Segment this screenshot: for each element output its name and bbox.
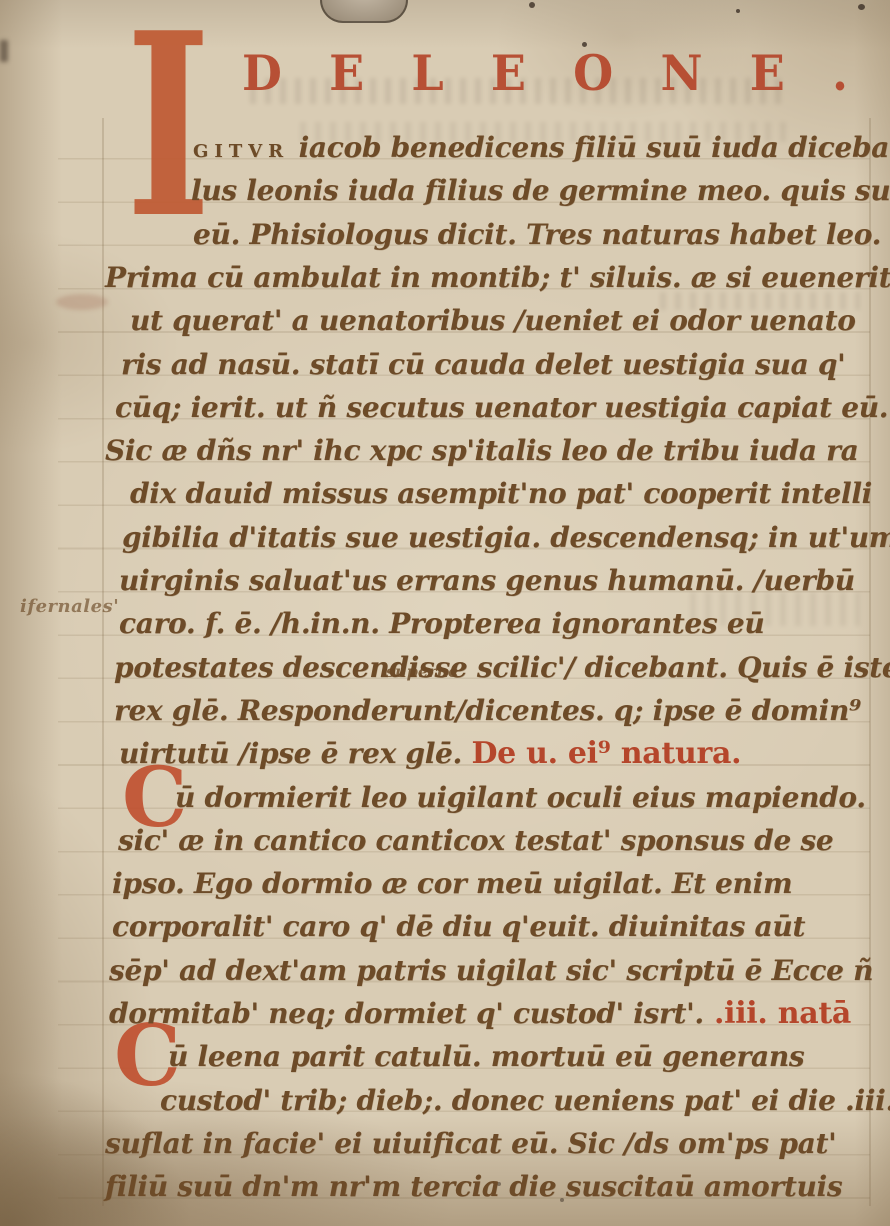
line-text: dix dauid missus asempit'no pat' cooperi… bbox=[130, 477, 872, 510]
text-line: ipso. Ego dormio æ cor meū uigilat. Et e… bbox=[112, 862, 792, 905]
text-line: ū dormierit leo uigilant oculi eius mapi… bbox=[175, 776, 866, 819]
title-letter: L bbox=[411, 49, 443, 97]
text-line: lus leonis iuda filius de germine meo. q… bbox=[191, 169, 890, 212]
title-letter: N bbox=[660, 49, 702, 97]
text-line: suflat in facie' ei uiuificat eū. Sic /d… bbox=[105, 1122, 836, 1165]
text-line: Prima cū ambulat in montib; t' siluis. æ… bbox=[105, 256, 890, 299]
rubric-text: .iii. natā bbox=[704, 996, 851, 1031]
text-line: cūq; ierit. ut ñ secutus uenator uestigi… bbox=[115, 386, 888, 429]
text-line: rex glē. Responderunt/dicentes. q; ipse … bbox=[114, 689, 861, 732]
title-letter: E bbox=[491, 49, 526, 97]
line-text: suflat in facie' ei uiuificat eū. Sic /d… bbox=[105, 1127, 836, 1160]
text-line: dix dauid missus asempit'no pat' cooperi… bbox=[130, 472, 872, 515]
text-line: ū leena parit catulū. mortuū eū generans bbox=[168, 1035, 804, 1078]
line-text: eū. Phisiologus dicit. Tres naturas habe… bbox=[193, 218, 881, 251]
text-line: gibilia d'itatis sue uestigia. descenden… bbox=[122, 516, 890, 559]
text-line: gitvr iacob benedicens filiū suū iuda di… bbox=[193, 126, 890, 170]
text-line: sic' æ in cantico canticox testat' spons… bbox=[118, 819, 833, 862]
drop-cap-initial-I: I bbox=[126, 40, 176, 255]
line-text: uirtutū /ipse ē rex glē. bbox=[119, 737, 471, 770]
line-text: custod' trib; dieb;. donec ueniens pat' … bbox=[160, 1084, 890, 1117]
line-text: Prima cū ambulat in montib; t' siluis. æ… bbox=[105, 261, 890, 294]
marginal-note: ifernales' bbox=[20, 596, 119, 617]
chapter-title-de-leone: DELEONE. bbox=[242, 50, 848, 96]
line-text: sic' æ in cantico canticox testat' spons… bbox=[118, 824, 833, 857]
line-text: ū leena parit catulū. mortuū eū generans bbox=[168, 1040, 804, 1073]
edge-mark bbox=[0, 40, 8, 62]
text-line: ris ad nasū. statī cū cauda delet uestig… bbox=[121, 343, 845, 386]
line-text: iacob benedicens filiū suū iuda dicebat.… bbox=[289, 131, 890, 164]
interlinear-gloss: superne bbox=[386, 662, 458, 681]
text-line: corporalit' caro q' dē diu q'euit. diuin… bbox=[112, 905, 805, 948]
line-text: ū dormierit leo uigilant oculi eius mapi… bbox=[175, 781, 866, 814]
line-text: potestates descendisse scilic'/ dicebant… bbox=[114, 651, 890, 684]
margin-smudge bbox=[56, 294, 108, 310]
text-line: Sic æ dñs nr' ihc xpc sp'italis leo de t… bbox=[105, 429, 858, 472]
title-letter: . bbox=[832, 49, 848, 97]
title-letter: E bbox=[329, 49, 364, 97]
line-text: filiū suū dn'm nr'm tercia die suscitaū … bbox=[105, 1170, 842, 1203]
line-text: ipso. Ego dormio æ cor meū uigilat. Et e… bbox=[112, 867, 792, 900]
title-letter: D bbox=[242, 49, 282, 97]
ink-speck bbox=[736, 9, 740, 13]
line-text: cūq; ierit. ut ñ secutus uenator uestigi… bbox=[115, 391, 888, 424]
line-text: gitvr bbox=[193, 134, 289, 163]
page-top-tab bbox=[320, 0, 408, 23]
line-text: rex glē. Responderunt/dicentes. q; ipse … bbox=[114, 694, 861, 727]
line-text: uirginis saluat'us errans genus humanū. … bbox=[119, 564, 855, 597]
text-line: eū. Phisiologus dicit. Tres naturas habe… bbox=[193, 213, 881, 256]
manuscript-page: DELEONE. I C C gitvr iacob benedicens fi… bbox=[0, 0, 890, 1226]
line-text: Sic æ dñs nr' ihc xpc sp'italis leo de t… bbox=[105, 434, 858, 467]
title-letter: O bbox=[573, 49, 613, 97]
text-line: filiū suū dn'm nr'm tercia die suscitaū … bbox=[105, 1165, 842, 1208]
ink-speck bbox=[529, 2, 535, 8]
line-text: caro. f. ē. /h.in.n. Propterea ignorante… bbox=[119, 607, 764, 640]
text-line: uirginis saluat'us errans genus humanū. … bbox=[119, 559, 855, 602]
text-line: uirtutū /ipse ē rex glē. De u. ei⁹ natur… bbox=[119, 732, 741, 775]
line-text: ris ad nasū. statī cū cauda delet uestig… bbox=[121, 348, 845, 381]
text-line: caro. f. ē. /h.in.n. Propterea ignorante… bbox=[119, 602, 764, 645]
text-line: sēp' ad dext'am patris uigilat sic' scri… bbox=[109, 949, 873, 992]
text-line: custod' trib; dieb;. donec ueniens pat' … bbox=[160, 1079, 890, 1122]
title-letter: E bbox=[750, 49, 785, 97]
line-text: gibilia d'itatis sue uestigia. descenden… bbox=[122, 521, 890, 554]
ink-speck bbox=[858, 4, 865, 10]
line-text: sēp' ad dext'am patris uigilat sic' scri… bbox=[109, 954, 873, 987]
line-text: ut querat' a uenatoribus /ueniet ei odor… bbox=[130, 304, 856, 337]
text-line: potestates descendisse scilic'/ dicebant… bbox=[114, 646, 890, 689]
rubric-text: De u. ei⁹ natura. bbox=[471, 736, 741, 771]
margin-rule-left bbox=[102, 118, 104, 1206]
text-line: ut querat' a uenatoribus /ueniet ei odor… bbox=[130, 299, 856, 342]
line-text: corporalit' caro q' dē diu q'euit. diuin… bbox=[112, 910, 805, 943]
line-text: lus leonis iuda filius de germine meo. q… bbox=[191, 174, 890, 207]
text-line: dormitab' neq; dormiet q' custod' isrt'.… bbox=[109, 992, 851, 1035]
line-text: dormitab' neq; dormiet q' custod' isrt'. bbox=[109, 997, 704, 1030]
